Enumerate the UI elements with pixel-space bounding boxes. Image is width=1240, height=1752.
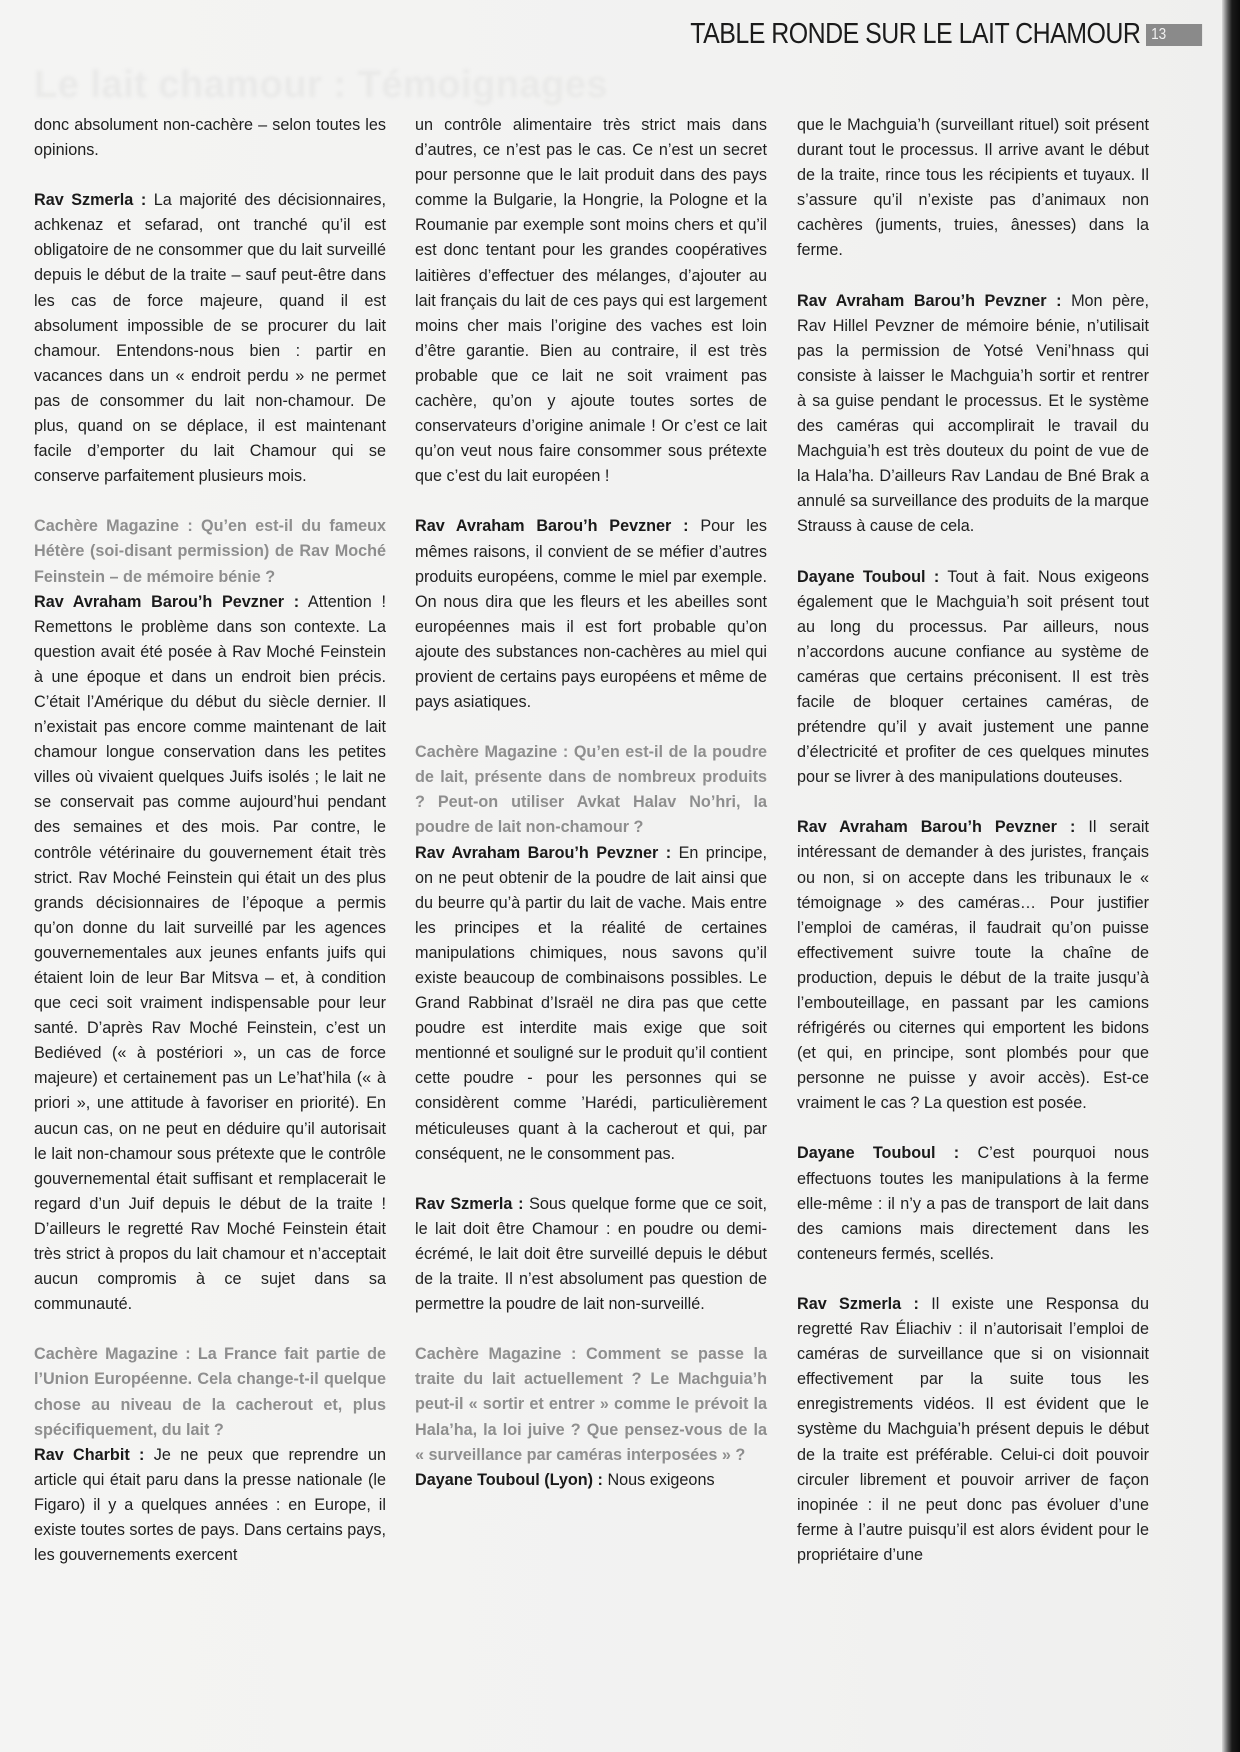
paragraph-text: donc absolument non-cachère – selon tout… [34,116,386,159]
answer-text: Pour les mêmes raisons, il convient de s… [415,517,767,711]
answer-paragraph: Rav Avraham Barou’h Pevzner : Attention … [34,590,386,1318]
magazine-page: Le lait chamour : Témoignages TABLE ROND… [0,0,1240,1752]
answer-paragraph: Rav Avraham Barou’h Pevzner : En princip… [415,841,767,1167]
interview-question: Cachère Magazine : Qu’en est-il du fameu… [34,514,386,589]
paragraph-continuation: donc absolument non-cachère – selon tout… [34,113,386,163]
speaker-name: Rav Szmerla : [797,1295,919,1313]
speaker-name: Rav Avraham Barou’h Pevzner : [797,818,1075,836]
speaker-name: Dayane Touboul : [797,568,939,586]
paragraph-continuation: que le Machguia’h (surveillant rituel) s… [797,113,1149,264]
answer-text: Il serait intéressant de demander à des … [797,818,1149,1112]
speaker-name: Rav Avraham Barou’h Pevzner : [797,292,1062,310]
speaker-name: Rav Szmerla : [415,1195,523,1213]
speaker-name: Rav Avraham Barou’h Pevzner : [415,844,671,862]
answer-paragraph: Rav Charbit : Je ne peux que reprendre u… [34,1443,386,1568]
answer-text: Nous exigeons [603,1471,715,1489]
answer-paragraph: Rav Avraham Barou’h Pevzner : Mon père, … [797,289,1149,540]
answer-paragraph: Rav Avraham Barou’h Pevzner : Pour les m… [415,514,767,715]
answer-paragraph: Dayane Touboul : Tout à fait. Nous exige… [797,565,1149,791]
answer-text: En principe, on ne peut obtenir de la po… [415,844,767,1163]
answer-text: Attention ! Remettons le problème dans s… [34,593,386,1314]
answer-paragraph: Rav Avraham Barou’h Pevzner : Il serait … [797,815,1149,1116]
running-header: TABLE RONDE SUR LE LAIT CHAMOUR 13 [617,18,1212,51]
speaker-name: Rav Charbit : [34,1446,144,1464]
speaker-name: Rav Szmerla : [34,191,146,209]
answer-text: Mon père, Rav Hillel Pevzner de mémoire … [797,292,1149,536]
answer-text: Il existe une Responsa du regretté Rav É… [797,1295,1149,1564]
paragraph-continuation: un contrôle alimentaire très strict mais… [415,113,767,489]
text-column-1: donc absolument non-cachère – selon tout… [34,113,386,1593]
scanned-page-edge [1222,0,1240,1752]
page-number-badge: 13 [1146,24,1202,46]
answer-paragraph: Dayane Touboul (Lyon) : Nous exigeons [415,1468,767,1493]
speaker-name: Dayane Touboul : [797,1144,959,1162]
text-column-2: un contrôle alimentaire très strict mais… [415,113,767,1518]
answer-text: La majorité des décisionnaires, achkenaz… [34,191,386,485]
paragraph-text: que le Machguia’h (surveillant rituel) s… [797,116,1149,259]
answer-paragraph: Rav Szmerla : La majorité des décisionna… [34,188,386,489]
interview-question: Cachère Magazine : La France fait partie… [34,1342,386,1442]
answer-paragraph: Dayane Touboul : C’est pourquoi nous eff… [797,1141,1149,1266]
paragraph-text: un contrôle alimentaire très strict mais… [415,116,767,485]
speaker-name: Dayane Touboul (Lyon) : [415,1471,603,1489]
interview-question: Cachère Magazine : Comment se passe la t… [415,1342,767,1467]
answer-text: Tout à fait. Nous exigeons également que… [797,568,1149,787]
answer-paragraph: Rav Szmerla : Il existe une Responsa du … [797,1292,1149,1568]
interview-question: Cachère Magazine : Qu’en est-il de la po… [415,740,767,840]
answer-paragraph: Rav Szmerla : Sous quelque forme que ce … [415,1192,767,1317]
text-column-3: que le Machguia’h (surveillant rituel) s… [797,113,1149,1593]
speaker-name: Rav Avraham Barou’h Pevzner : [34,593,299,611]
section-title: TABLE RONDE SUR LE LAIT CHAMOUR [690,18,1140,51]
bleed-through-heading: Le lait chamour : Témoignages [34,64,608,107]
speaker-name: Rav Avraham Barou’h Pevzner : [415,517,689,535]
